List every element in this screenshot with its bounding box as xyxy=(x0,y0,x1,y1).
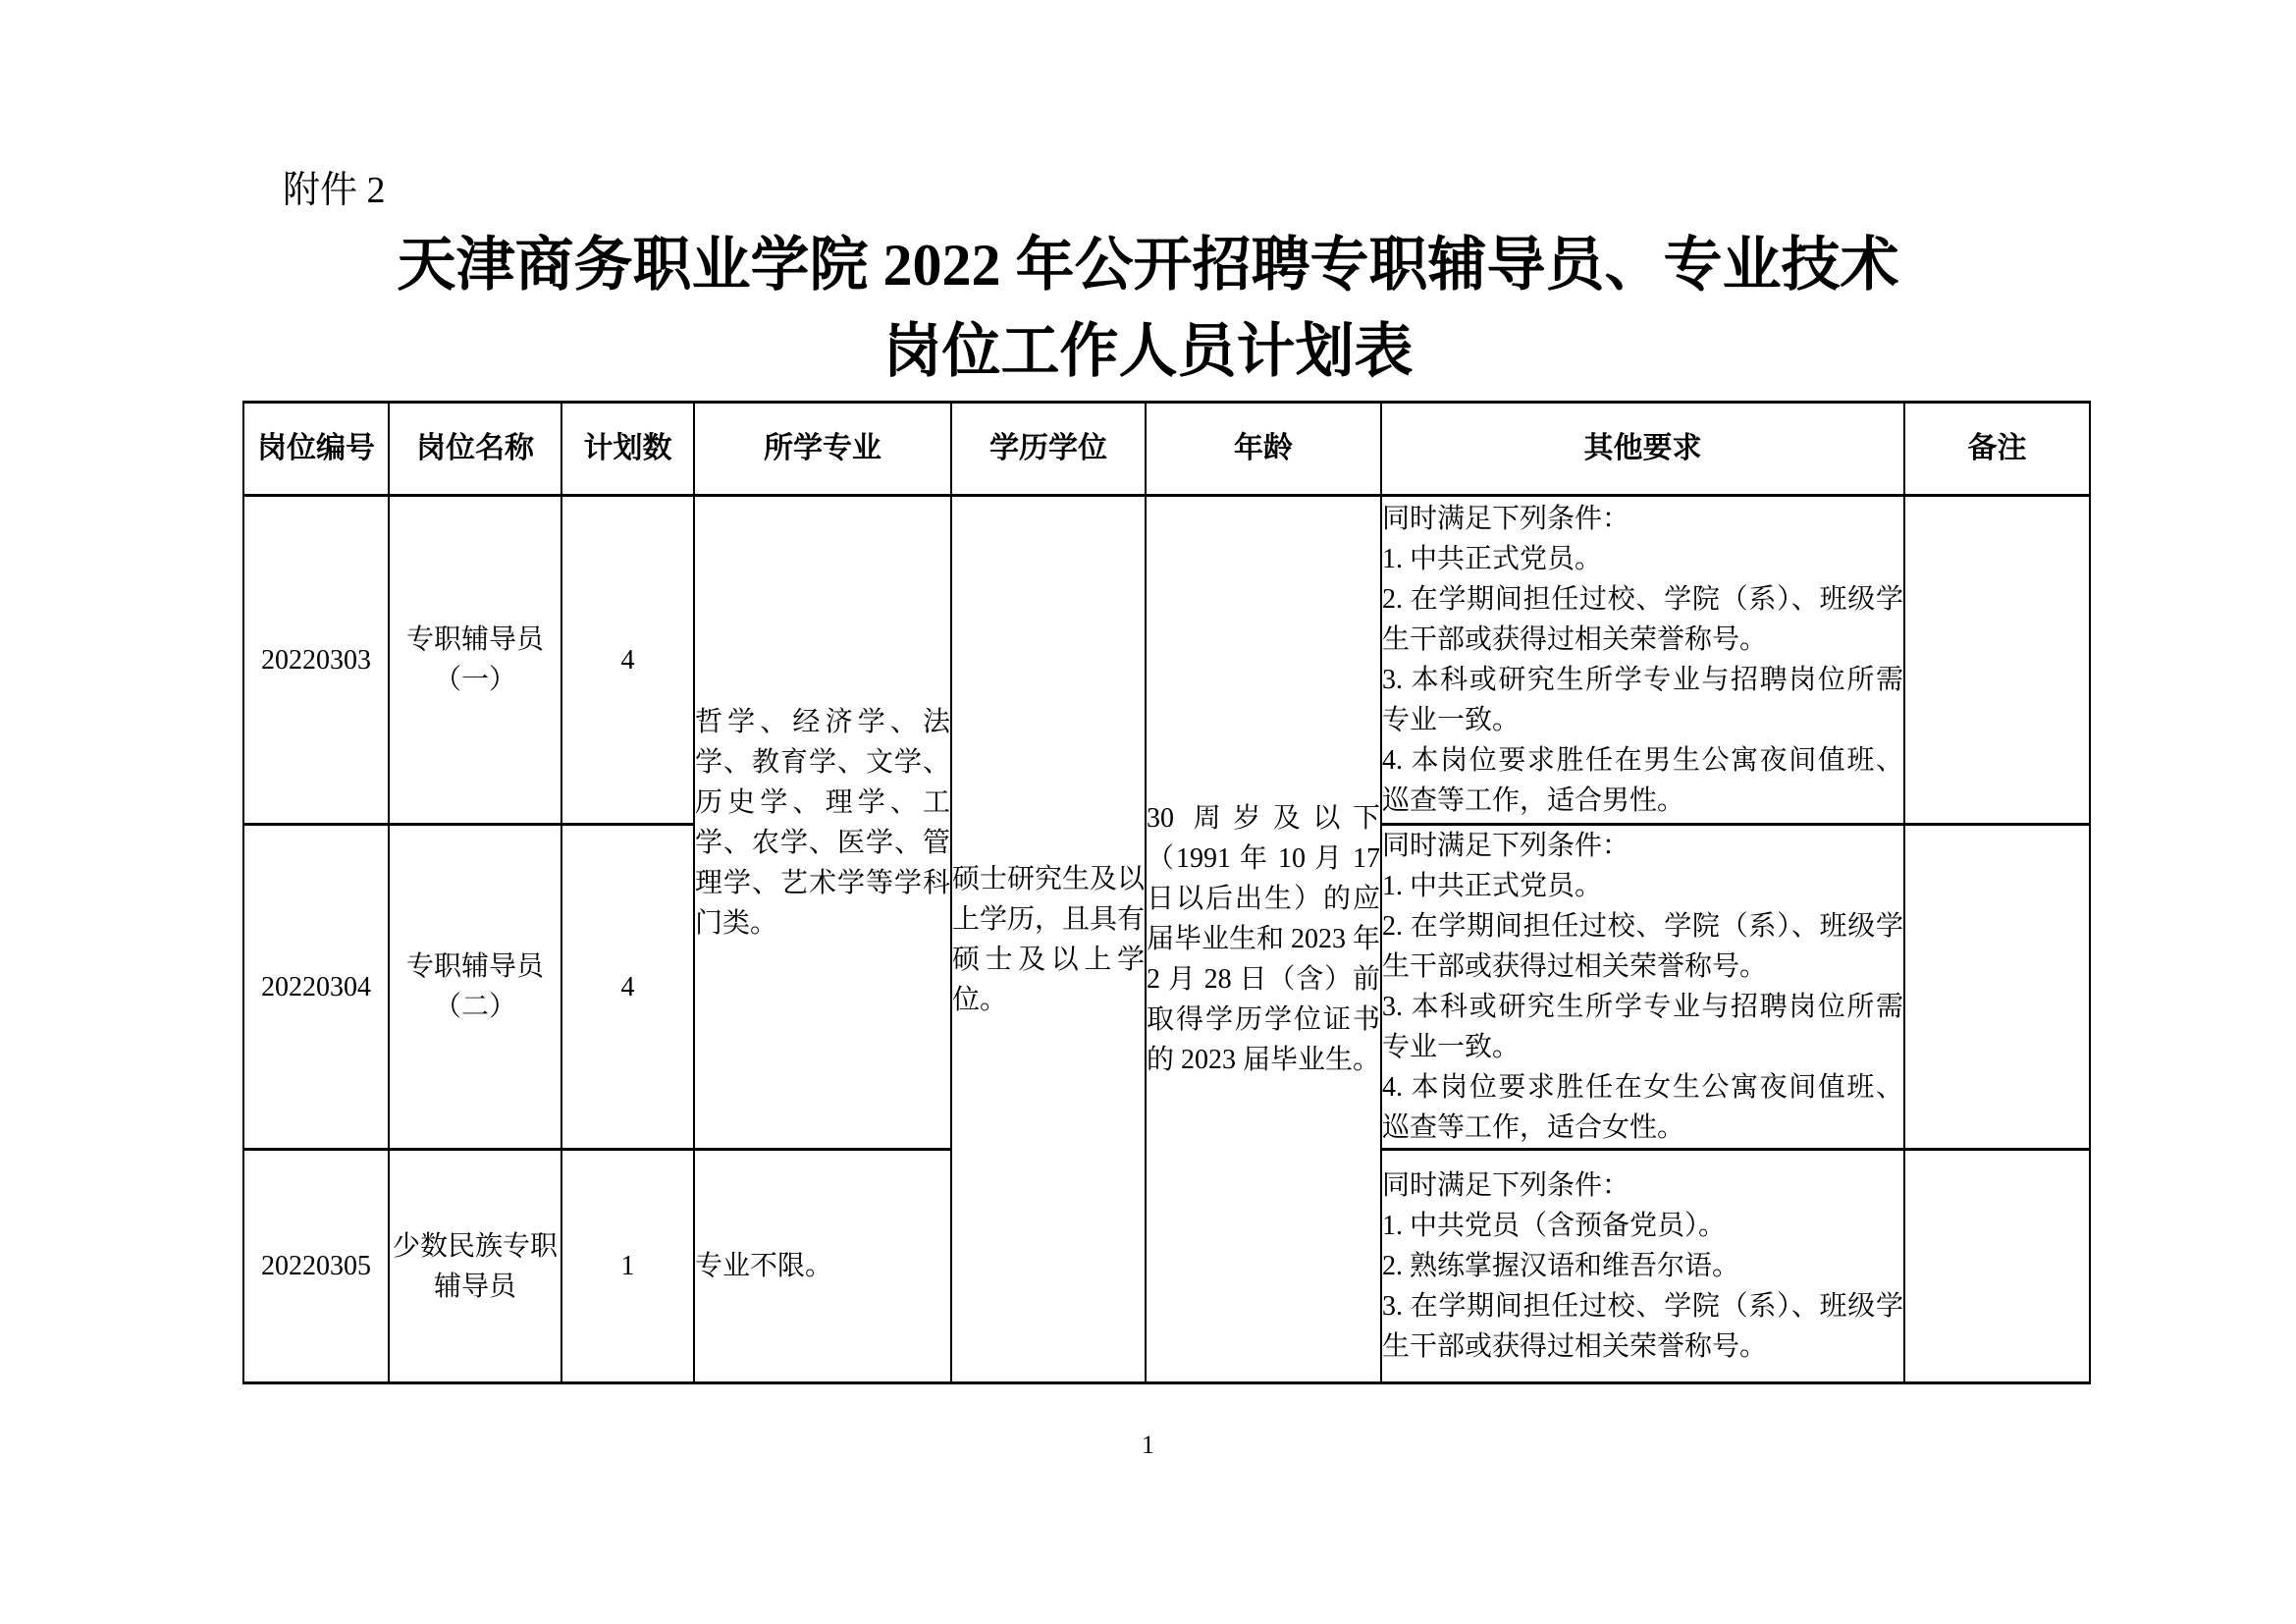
title-line-2: 岗位工作人员计划表 xyxy=(0,308,2296,395)
remark-cell xyxy=(1904,1150,2090,1383)
plan-count-cell: 4 xyxy=(561,825,694,1150)
post-name-cell: 少数民族专职辅导员 xyxy=(389,1150,561,1383)
requirements-cell: 同时满足下列条件： 1. 中共正式党员。 2. 在学期间担任过校、学院（系）、班… xyxy=(1381,825,1904,1150)
plan-count-cell: 4 xyxy=(561,496,694,825)
document-page: 附件 2 天津商务职业学院 2022 年公开招聘专职辅导员、专业技术 岗位工作人… xyxy=(0,0,2296,1624)
column-header-other-requirements: 其他要求 xyxy=(1381,403,1904,496)
page-number: 1 xyxy=(0,1430,2296,1461)
requirements-cell: 同时满足下列条件： 1. 中共党员（含预备党员）。 2. 熟练掌握汉语和维吾尔语… xyxy=(1381,1150,1904,1383)
post-name-cell: 专职辅导员（二） xyxy=(389,825,561,1150)
title-line-1: 天津商务职业学院 2022 年公开招聘专职辅导员、专业技术 xyxy=(0,222,2296,308)
post-name-cell: 专职辅导员（一） xyxy=(389,496,561,825)
remark-cell xyxy=(1904,496,2090,825)
column-header-post-code: 岗位编号 xyxy=(243,403,389,496)
document-title: 天津商务职业学院 2022 年公开招聘专职辅导员、专业技术 岗位工作人员计划表 xyxy=(0,222,2296,395)
major-merged-cell: 哲学、经济学、法学、教育学、文学、历史学、理学、工学、农学、医学、管理学、艺术学… xyxy=(694,496,951,1150)
column-header-plan-count: 计划数 xyxy=(561,403,694,496)
post-code-cell: 20220303 xyxy=(243,496,389,825)
column-header-major: 所学专业 xyxy=(694,403,951,496)
column-header-age: 年龄 xyxy=(1146,403,1381,496)
attachment-label: 附件 2 xyxy=(283,167,386,214)
column-header-remark: 备注 xyxy=(1904,403,2090,496)
post-code-cell: 20220305 xyxy=(243,1150,389,1383)
plan-count-cell: 1 xyxy=(561,1150,694,1383)
column-header-degree: 学历学位 xyxy=(951,403,1146,496)
degree-merged-cell: 硕士研究生及以上学历，且具有硕士及以上学位。 xyxy=(951,496,1146,1383)
table-row: 20220303 专职辅导员（一） 4 哲学、经济学、法学、教育学、文学、历史学… xyxy=(243,496,2090,825)
major-cell: 专业不限。 xyxy=(694,1150,951,1383)
requirements-cell: 同时满足下列条件： 1. 中共正式党员。 2. 在学期间担任过校、学院（系）、班… xyxy=(1381,496,1904,825)
age-merged-cell: 30 周岁及以下（1991 年 10 月 17 日以后出生）的应届毕业生和 20… xyxy=(1146,496,1381,1383)
column-header-post-name: 岗位名称 xyxy=(389,403,561,496)
post-code-cell: 20220304 xyxy=(243,825,389,1150)
table-header-row: 岗位编号 岗位名称 计划数 所学专业 学历学位 年龄 其他要求 备注 xyxy=(243,403,2090,496)
remark-cell xyxy=(1904,825,2090,1150)
recruitment-plan-table: 岗位编号 岗位名称 计划数 所学专业 学历学位 年龄 其他要求 备注 20220… xyxy=(242,401,2091,1384)
